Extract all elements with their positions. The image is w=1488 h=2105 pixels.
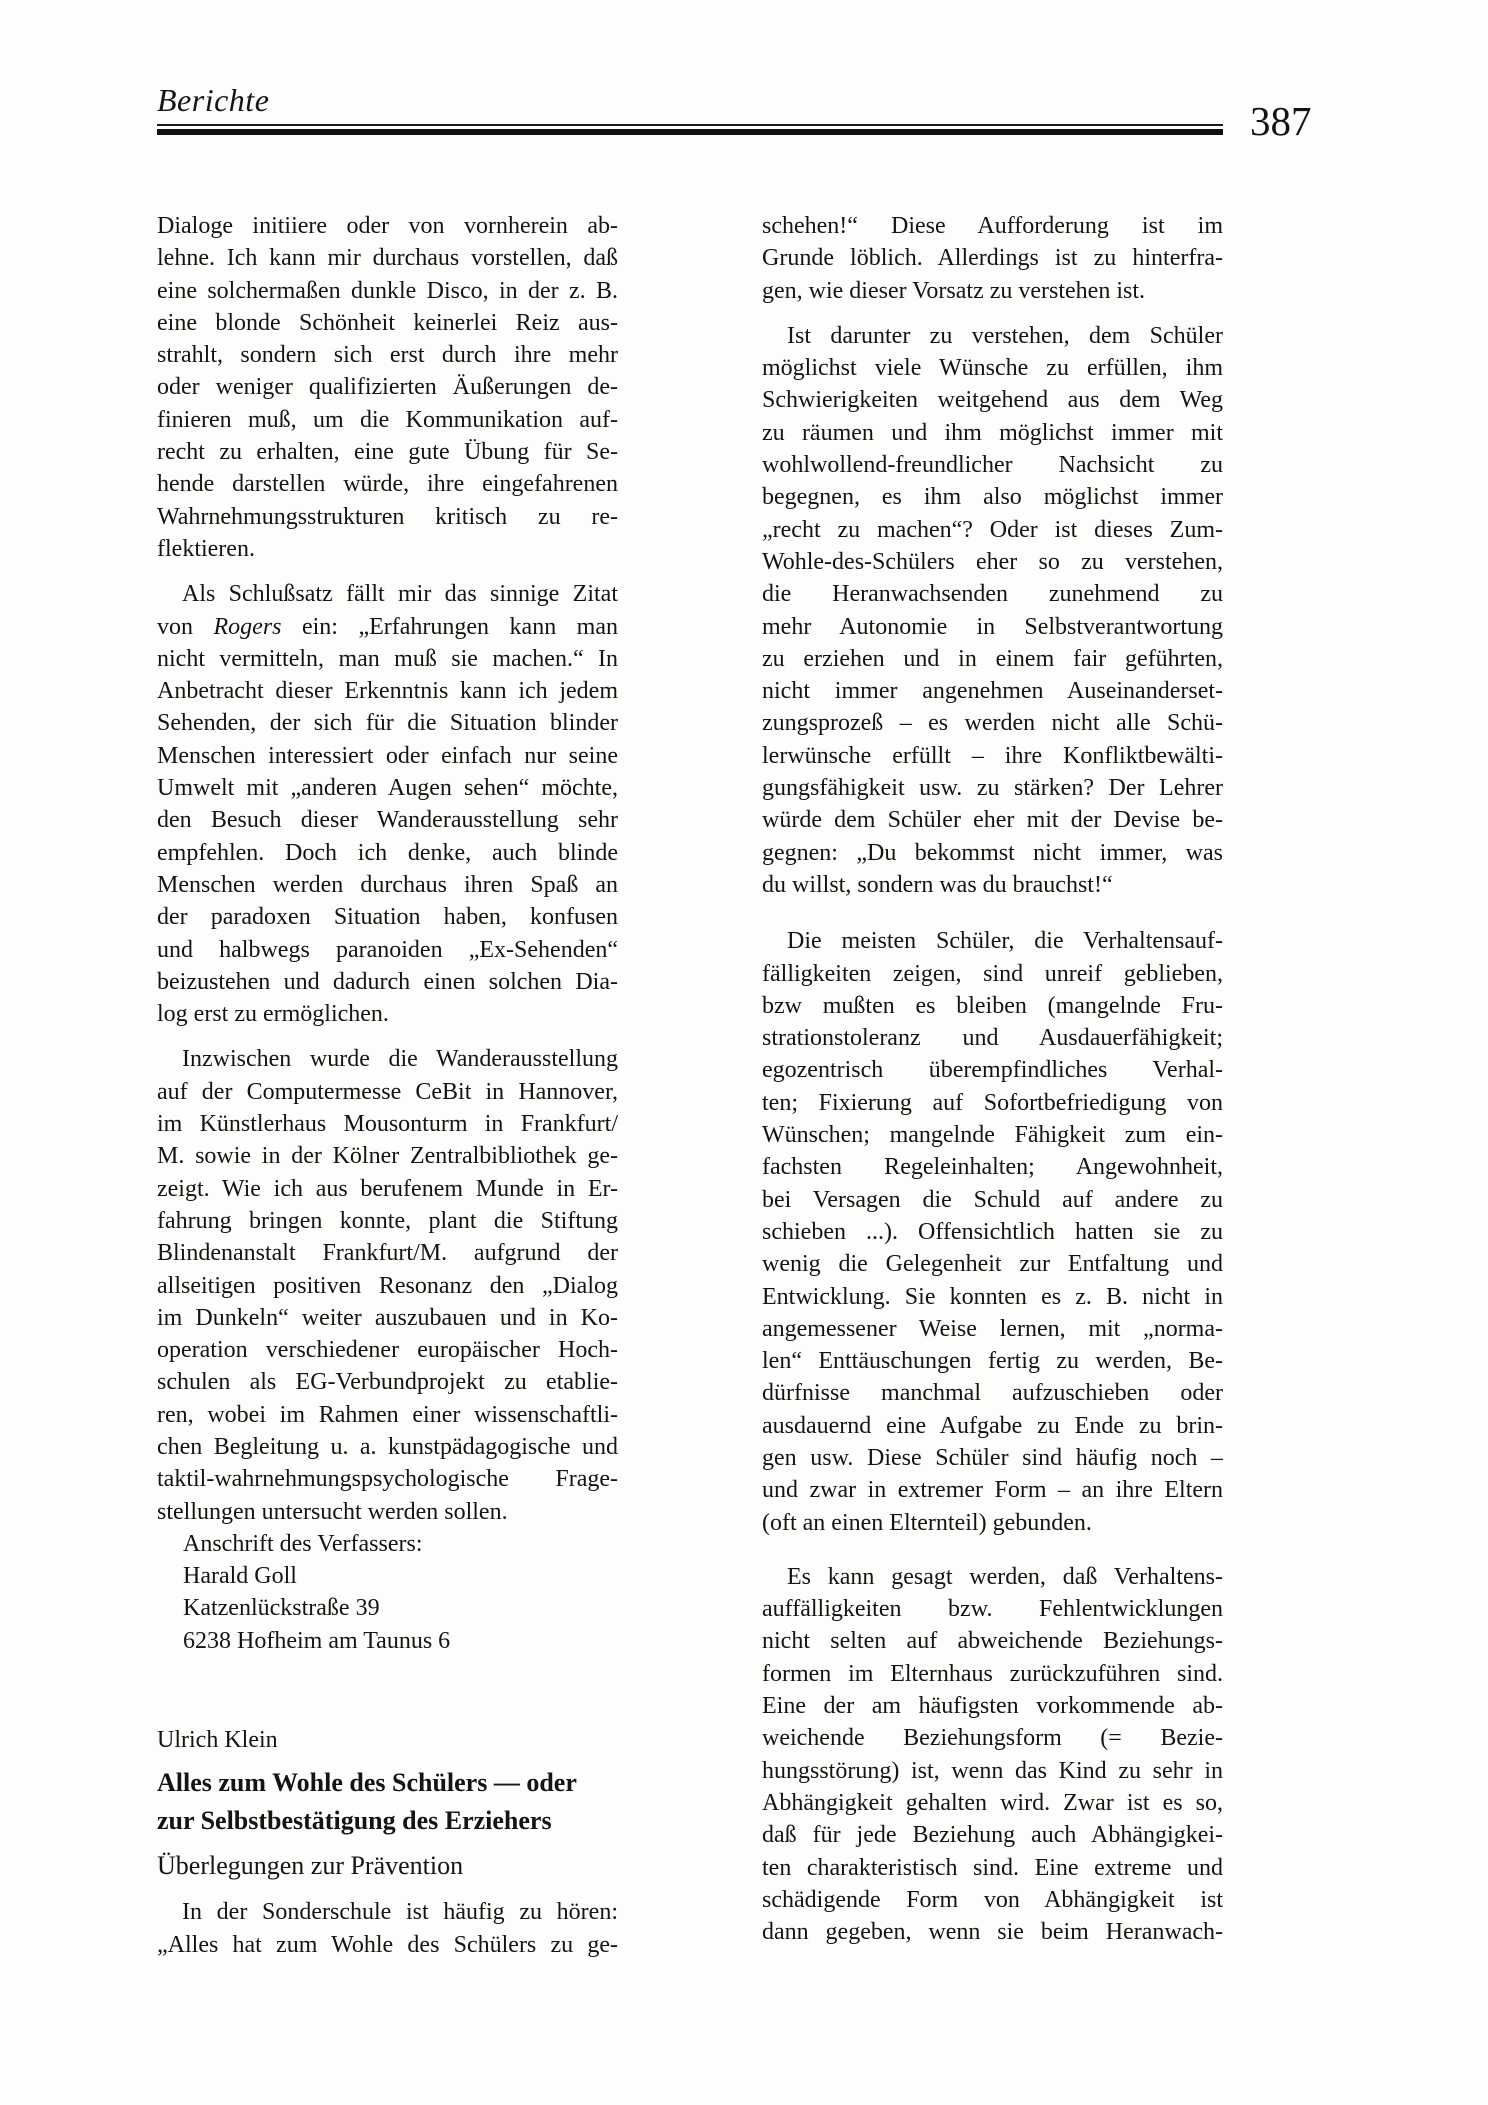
text-line: hungsstörung) ist, wenn das Kind zu sehr… [762, 1755, 1223, 1787]
paragraph: Dialoge initiiere oder von vornherein ab… [157, 210, 618, 565]
text-line: allseitigen positiven Resonanz den „Dial… [157, 1270, 618, 1302]
text-line: zur Selbstbestätigung des Erziehers [157, 1802, 618, 1840]
text-line: Ist darunter zu verstehen, dem Schüler [762, 320, 1223, 352]
text-line: (oft an einen Elternteil) gebunden. [762, 1507, 1223, 1539]
text-line: ten; Fixierung auf Sofortbefriedigung vo… [762, 1087, 1223, 1119]
paragraph: In der Sonderschule ist häufig zu hören:… [157, 1896, 618, 1961]
paragraph: Inzwischen wurde die Wanderausstellungau… [157, 1043, 618, 1527]
text-line: In der Sonderschule ist häufig zu hören: [157, 1896, 618, 1928]
text-line: auffälligkeiten bzw. Fehlentwicklungen [762, 1593, 1223, 1625]
text-line: beizustehen und dadurch einen solchen Di… [157, 966, 618, 998]
text-line: den Besuch dieser Wanderausstellung sehr [157, 804, 618, 836]
text-line: bei Versagen die Schuld auf andere zu [762, 1184, 1223, 1216]
text-line: Blindenanstalt Frankfurt/M. aufgrund der [157, 1237, 618, 1269]
text-line: auf der Computermesse CeBit in Hannover, [157, 1076, 618, 1108]
text-line: Inzwischen wurde die Wanderausstellung [157, 1043, 618, 1075]
text-line: formen im Elternhaus zurückzuführen sind… [762, 1658, 1223, 1690]
text-line: die Heranwachsenden zunehmend zu [762, 578, 1223, 610]
text-line: fachsten Regeleinhalten; Angewohnheit, [762, 1151, 1223, 1183]
text-line: Dialoge initiiere oder von vornherein ab… [157, 210, 618, 242]
text-line: und halbwegs paranoiden „Ex-Sehenden“ [157, 934, 618, 966]
text-line: chen Begleitung u. a. kunstpädagogische … [157, 1431, 618, 1463]
text-line: „recht zu machen“? Oder ist dieses Zum- [762, 514, 1223, 546]
text-line: im Dunkeln“ weiter auszubauen und in Ko- [157, 1302, 618, 1334]
header-rule-thick [157, 129, 1223, 135]
text-line: log erst zu ermöglichen. [157, 998, 618, 1030]
text-line: schulen als EG-Verbundprojekt zu etablie… [157, 1366, 618, 1398]
text-line: ren, wobei im Rahmen einer wissenschaftl… [157, 1399, 618, 1431]
text-line: gegnen: „Du bekommst nicht immer, was [762, 837, 1223, 869]
text-line: ausdauernd eine Aufgabe zu Ende zu brin- [762, 1410, 1223, 1442]
text-line: stellungen untersucht werden sollen. [157, 1496, 618, 1528]
text-line: eine blonde Schönheit keinerlei Reiz aus… [157, 307, 618, 339]
text-line: bzw mußten es bleiben (mangelnde Fru- [762, 990, 1223, 1022]
text-line: würde dem Schüler eher mit der Devise be… [762, 804, 1223, 836]
text-line: Abhängigkeit gehalten wird. Zwar ist es … [762, 1787, 1223, 1819]
subtitle-block: Überlegungen zur Prävention [157, 1849, 618, 1883]
text-line: weichende Beziehungsform (= Bezie- [762, 1722, 1223, 1754]
text-line: Ulrich Klein [157, 1724, 618, 1756]
text-line: Alles zum Wohle des Schülers — oder [157, 1764, 618, 1802]
text-line: flektieren. [157, 533, 618, 565]
text-line: hende darstellen würde, ihre eingefahren… [157, 468, 618, 500]
text-line: Wünschen; mangelnde Fähigkeit zum ein- [762, 1119, 1223, 1151]
text-line: begegnen, es ihm also möglichst immer [762, 481, 1223, 513]
text-line: Wahrnehmungsstrukturen kritisch zu re- [157, 501, 618, 533]
text-line: operation verschiedener europäischer Hoc… [157, 1334, 618, 1366]
text-line: Überlegungen zur Prävention [157, 1849, 618, 1883]
text-line: recht zu erhalten, eine gute Übung für S… [157, 436, 618, 468]
text-line: Eine der am häufigsten vorkommende ab- [762, 1690, 1223, 1722]
text-line: und zwar in extremer Form – an ihre Elte… [762, 1474, 1223, 1506]
text-line: Wohle-des-Schülers eher so zu verstehen, [762, 546, 1223, 578]
text-line: strationstoleranz und Ausdauerfähigkeit; [762, 1022, 1223, 1054]
text-line: M. sowie in der Kölner Zentralbibliothek… [157, 1140, 618, 1172]
text-line: Die meisten Schüler, die Verhaltensauf- [762, 925, 1223, 957]
text-line: nicht immer angenehmen Auseinanderset- [762, 675, 1223, 707]
text-line: fälligkeiten zeigen, sind unreif geblieb… [762, 958, 1223, 990]
text-line: fahrung bringen konnte, plant die Stiftu… [157, 1205, 618, 1237]
text-line: möglichst viele Wünsche zu erfüllen, ihm [762, 352, 1223, 384]
text-line: zu erziehen und in einem fair geführten, [762, 643, 1223, 675]
text-line: zungsprozeß – es werden nicht alle Schü- [762, 707, 1223, 739]
text-line: zu räumen und ihm möglichst immer mit [762, 417, 1223, 449]
text-line: Grunde löblich. Allerdings ist zu hinter… [762, 242, 1223, 274]
text-line: mehr Autonomie in Selbstverantwortung [762, 611, 1223, 643]
text-line: Menschen werden durchaus ihren Spaß an [157, 869, 618, 901]
address-block: Anschrift des Verfassers:Harald GollKatz… [183, 1528, 618, 1657]
text-line: taktil-wahrnehmungspsychologische Frage- [157, 1463, 618, 1495]
text-line: wenig die Gelegenheit zur Entfaltung und [762, 1248, 1223, 1280]
text-line: eine solchermaßen dunkle Disco, in der z… [157, 275, 618, 307]
text-line: gungsfähigkeit usw. zu stärken? Der Lehr… [762, 772, 1223, 804]
text-line: Menschen interessiert oder einfach nur s… [157, 740, 618, 772]
title-block: Alles zum Wohle des Schülers — oderzur S… [157, 1764, 618, 1840]
text-line: lerwünsche erfüllt – ihre Konfliktbewält… [762, 740, 1223, 772]
paragraph: Es kann gesagt werden, daß Verhaltens-au… [762, 1561, 1223, 1949]
text-line: schädigende Form von Abhängigkeit ist [762, 1884, 1223, 1916]
text-line: Anschrift des Verfassers: [183, 1528, 618, 1560]
text-line: der paradoxen Situation haben, konfusen [157, 901, 618, 933]
text-line: empfehlen. Doch ich denke, auch blinde [157, 837, 618, 869]
text-line: Sehenden, der sich für die Situation bli… [157, 707, 618, 739]
text-line: nicht selten auf abweichende Beziehungs- [762, 1625, 1223, 1657]
text-line: von Rogers ein: „Erfahrungen kann man [157, 611, 618, 643]
text-line: im Künstlerhaus Mousonturm in Frankfurt/ [157, 1108, 618, 1140]
text-line: egozentrisch überempfindliches Verhal- [762, 1054, 1223, 1086]
paragraph: schehen!“ Diese Aufforderung ist imGrund… [762, 210, 1223, 307]
text-line: ten charakteristisch sind. Eine extreme … [762, 1852, 1223, 1884]
text-line: dann gegeben, wenn sie beim Heranwach- [762, 1916, 1223, 1948]
text-line: „Alles hat zum Wohle des Schülers zu ge- [157, 1929, 618, 1961]
header-rule-thin [157, 124, 1223, 126]
text-line: 6238 Hofheim am Taunus 6 [183, 1625, 618, 1657]
text-line: lehne. Ich kann mir durchaus vorstellen,… [157, 242, 618, 274]
page-number: 387 [1250, 101, 1312, 142]
text-line: strahlt, sondern sich erst durch ihre me… [157, 339, 618, 371]
running-head: Berichte [157, 84, 269, 116]
text-line: Es kann gesagt werden, daß Verhaltens- [762, 1561, 1223, 1593]
text-line: len“ Enttäuschungen fertig zu werden, Be… [762, 1345, 1223, 1377]
text-line: Umwelt mit „anderen Augen sehen“ möchte, [157, 772, 618, 804]
text-line: nicht vermitteln, man muß sie machen.“ I… [157, 643, 618, 675]
column-right: schehen!“ Diese Aufforderung ist imGrund… [762, 210, 1223, 1948]
paragraph: Ist darunter zu verstehen, dem Schülermö… [762, 320, 1223, 901]
text-line: gen usw. Diese Schüler sind häufig noch … [762, 1442, 1223, 1474]
text-line: Entwicklung. Sie konnten es z. B. nicht … [762, 1281, 1223, 1313]
text-line: du willst, sondern was du brauchst!“ [762, 869, 1223, 901]
text-line: Anbetracht dieser Erkenntnis kann ich je… [157, 675, 618, 707]
text-line: finieren muß, um die Kommunikation auf- [157, 404, 618, 436]
italic-text: Rogers [214, 614, 282, 640]
text-line: zeigt. Wie ich aus berufenem Munde in Er… [157, 1173, 618, 1205]
text-line: wohlwollend-freundlicher Nachsicht zu [762, 449, 1223, 481]
column-left: Dialoge initiiere oder von vornherein ab… [157, 210, 618, 1961]
text-line: Als Schlußsatz fällt mir das sinnige Zit… [157, 578, 618, 610]
text-line: angemessener Weise lernen, mit „norma- [762, 1313, 1223, 1345]
author-block: Ulrich Klein [157, 1724, 618, 1756]
text-line: Harald Goll [183, 1560, 618, 1592]
text-line: Schwierigkeiten weitgehend aus dem Weg [762, 384, 1223, 416]
journal-page: Berichte 387 Dialoge initiiere oder von … [0, 0, 1488, 2105]
text-line: dürfnisse manchmal aufzuschieben oder [762, 1377, 1223, 1409]
paragraph: Die meisten Schüler, die Verhaltensauf-f… [762, 925, 1223, 1539]
text-line: daß für jede Beziehung auch Abhängigkei- [762, 1819, 1223, 1851]
paragraph: Als Schlußsatz fällt mir das sinnige Zit… [157, 578, 618, 1030]
text-line: schehen!“ Diese Aufforderung ist im [762, 210, 1223, 242]
text-line: Katzenlückstraße 39 [183, 1592, 618, 1624]
text-line: oder weniger qualifizierten Äußerungen d… [157, 371, 618, 403]
text-line: schieben ...). Offensichtlich hatten sie… [762, 1216, 1223, 1248]
text-line: gen, wie dieser Vorsatz zu verstehen ist… [762, 275, 1223, 307]
